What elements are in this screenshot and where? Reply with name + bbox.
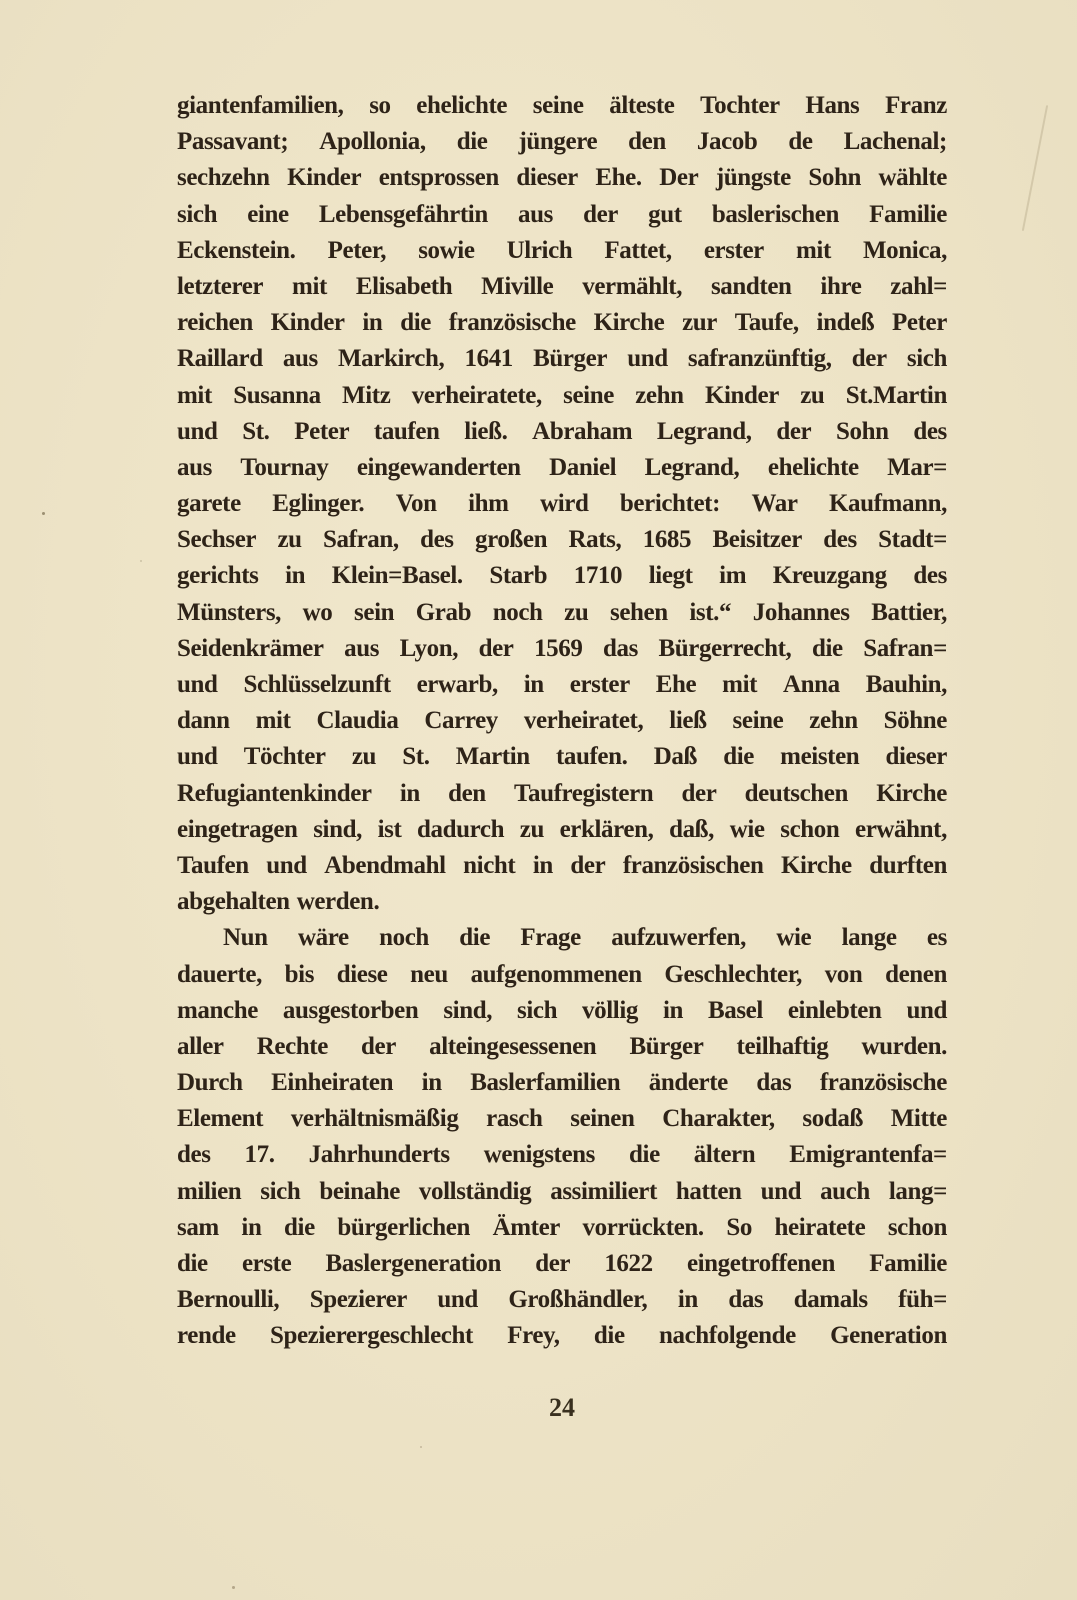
- word: safranzünftig,: [688, 341, 832, 377]
- word: durften: [869, 848, 947, 884]
- text-line: samindiebürgerlichenÄmtervorrückten.Sohe…: [177, 1210, 947, 1246]
- word: Starb: [489, 558, 547, 594]
- word: sodaß: [802, 1101, 863, 1137]
- word: und: [627, 341, 668, 377]
- page-number: 24: [177, 1388, 947, 1428]
- word: Großhändler,: [508, 1282, 647, 1318]
- word: dauerte,: [177, 957, 262, 993]
- word: Bürger: [629, 1029, 703, 1065]
- word: des: [177, 1137, 211, 1173]
- word: Ehe: [656, 667, 696, 703]
- text-line: des17.JahrhundertswenigstensdieälternEmi…: [177, 1137, 947, 1173]
- word: in: [524, 667, 544, 703]
- word: seine: [533, 88, 584, 124]
- word: zehn: [635, 378, 683, 414]
- text-block: giantenfamilien,soehelichteseineältesteT…: [177, 88, 947, 1355]
- word: vorrückten.: [583, 1210, 704, 1246]
- word: Kirche: [876, 776, 947, 812]
- word: erster: [704, 233, 764, 269]
- word: lange: [842, 920, 897, 956]
- word: Baslergeneration: [326, 1246, 502, 1282]
- word: wurden.: [862, 1029, 947, 1065]
- word: meisten: [780, 739, 859, 775]
- word: so: [369, 88, 390, 124]
- word: neu: [410, 957, 448, 993]
- word: Lachenal;: [844, 124, 947, 160]
- word: Anna: [783, 667, 840, 703]
- word: seine: [733, 703, 784, 739]
- word: die: [812, 631, 843, 667]
- word: St.Martin: [846, 378, 947, 414]
- text-line: TaufenundAbendmahlnichtinderfranzösische…: [177, 848, 947, 884]
- text-line: letzterermitElisabethMivillevermählt,san…: [177, 269, 947, 305]
- word: eine: [247, 197, 288, 233]
- text-line: ausTournayeingewandertenDanielLegrand,eh…: [177, 450, 947, 486]
- word: 1569: [534, 631, 582, 667]
- word: Bauhin,: [866, 667, 947, 703]
- word: Kirche: [594, 305, 665, 341]
- word: sandten: [711, 269, 792, 305]
- word: rasch: [486, 1101, 542, 1137]
- word: verheiratete,: [412, 378, 542, 414]
- word: sechzehn: [177, 160, 270, 196]
- word: Töchter: [244, 739, 326, 775]
- word: Raillard: [177, 341, 263, 377]
- word: 1685: [643, 522, 691, 558]
- word: der: [852, 341, 887, 377]
- word: Ulrich: [507, 233, 573, 269]
- word: Spezierergeschlecht: [270, 1318, 473, 1354]
- text-line: eingetragensind,istdadurchzuerklären,daß…: [177, 812, 947, 848]
- word: zu: [520, 812, 544, 848]
- word: Legrand,: [657, 414, 752, 450]
- word: in: [400, 776, 420, 812]
- text-line: abgehaltenwerden.: [177, 884, 947, 920]
- word: Bürgerrecht,: [659, 631, 792, 667]
- word: Kinder: [287, 160, 361, 196]
- word: sich: [907, 341, 947, 377]
- word: und: [266, 848, 307, 884]
- word: Jacob: [697, 124, 758, 160]
- word: mit: [177, 378, 212, 414]
- paper-crease: [1022, 105, 1048, 231]
- word: der: [570, 848, 605, 884]
- paper-speck: [420, 1446, 422, 1448]
- word: Sohn: [836, 414, 889, 450]
- word: sind,: [313, 812, 362, 848]
- word: Emigrantenfa=: [789, 1137, 947, 1173]
- word: schon: [780, 812, 839, 848]
- word: zu: [800, 378, 824, 414]
- word: noch: [493, 595, 543, 631]
- word: Lyon,: [400, 631, 458, 667]
- word: der: [535, 1246, 570, 1282]
- paper-speck: [140, 560, 142, 562]
- word: von: [825, 957, 863, 993]
- word: ehelichte: [416, 88, 507, 124]
- word: noch: [379, 920, 429, 956]
- word: rende: [177, 1318, 236, 1354]
- word: taufen.: [556, 739, 628, 775]
- word: Johannes: [753, 595, 850, 631]
- word: Der: [659, 160, 698, 196]
- word: gut: [648, 197, 682, 233]
- word: bürgerlichen: [337, 1210, 470, 1246]
- word: eingetragen: [177, 812, 298, 848]
- text-line: mitSusannaMitzverheiratete,seinezehnKind…: [177, 378, 947, 414]
- word: der: [479, 631, 514, 667]
- word: Markirch,: [338, 341, 444, 377]
- word: Klein=Basel.: [332, 558, 463, 594]
- word: dann: [177, 703, 230, 739]
- word: zu: [277, 522, 301, 558]
- word: Rechte: [257, 1029, 328, 1065]
- word: in: [362, 305, 382, 341]
- text-line: Passavant;Apollonia,diejüngeredenJacobde…: [177, 124, 947, 160]
- word: Kaufmann,: [829, 486, 947, 522]
- word: ließ.: [464, 414, 507, 450]
- word: zahl=: [890, 269, 947, 305]
- word: berichtet:: [620, 486, 720, 522]
- word: dieser: [516, 160, 577, 196]
- word: aus: [283, 341, 318, 377]
- word: Monica,: [863, 233, 947, 269]
- word: sam: [177, 1210, 219, 1246]
- word: letzterer: [177, 269, 263, 305]
- word: Bernoulli,: [177, 1282, 279, 1318]
- word: bis: [285, 957, 314, 993]
- word: des: [913, 414, 947, 450]
- word: vermählt,: [582, 269, 682, 305]
- word: hatten: [676, 1174, 742, 1210]
- word: mit: [722, 667, 757, 703]
- word: aller: [177, 1029, 224, 1065]
- word: Tournay: [240, 450, 328, 486]
- text-line: Münsters,woseinGrabnochzusehenist.“Johan…: [177, 595, 947, 631]
- word: ausgestorben: [283, 993, 418, 1029]
- word: und: [177, 667, 218, 703]
- word: Schlüsselzunft: [243, 667, 390, 703]
- paper-speck: [42, 512, 45, 515]
- word: des: [913, 558, 947, 594]
- word: die: [629, 1137, 660, 1173]
- word: ihre: [820, 269, 861, 305]
- word: Von: [396, 486, 437, 522]
- text-line: dieersteBaslergenerationder1622eingetrof…: [177, 1246, 947, 1282]
- word: wird: [540, 486, 588, 522]
- word: der: [776, 414, 811, 450]
- word: im: [719, 558, 746, 594]
- word: heiratete: [775, 1210, 866, 1246]
- word: die: [723, 739, 754, 775]
- word: Stadt=: [878, 522, 947, 558]
- word: völlig: [582, 993, 638, 1029]
- text-line: miliensichbeinahevollständigassimilierth…: [177, 1174, 947, 1210]
- word: abgehalten: [177, 884, 290, 920]
- word: Hans: [805, 88, 859, 124]
- word: 1622: [604, 1246, 652, 1282]
- word: Eckenstein.: [177, 233, 296, 269]
- word: Bürger: [533, 341, 607, 377]
- text-line: DurchEinheirateninBaslerfamilienänderted…: [177, 1065, 947, 1101]
- word: mit: [292, 269, 327, 305]
- word: St.: [402, 739, 429, 775]
- word: milien: [177, 1174, 241, 1210]
- word: ältern: [694, 1137, 755, 1173]
- word: Sohn: [808, 160, 861, 196]
- word: Element: [177, 1101, 263, 1137]
- text-line: gerichtsinKlein=Basel.Starb1710liegtimKr…: [177, 558, 947, 594]
- word: erwähnt,: [855, 812, 947, 848]
- word: zu: [564, 595, 588, 631]
- word: Seidenkrämer: [177, 631, 324, 667]
- word: wie: [776, 920, 811, 956]
- word: zu: [352, 739, 376, 775]
- word: in: [241, 1210, 261, 1246]
- text-line: sechzehnKinderentsprossendieserEhe.Derjü…: [177, 160, 947, 196]
- word: nicht: [463, 848, 515, 884]
- word: Refugiantenkinder: [177, 776, 372, 812]
- word: alteingesessenen: [429, 1029, 596, 1065]
- word: auch: [820, 1174, 870, 1210]
- word: der: [583, 197, 618, 233]
- word: zehn: [809, 703, 857, 739]
- text-line: undSt.Petertaufenließ.AbrahamLegrand,der…: [177, 414, 947, 450]
- word: Rats,: [569, 522, 622, 558]
- word: und: [177, 739, 218, 775]
- word: 1641: [465, 341, 513, 377]
- word: Beisitzer: [712, 522, 801, 558]
- word: taufen: [374, 414, 440, 450]
- word: in: [663, 993, 683, 1029]
- word: und: [906, 993, 947, 1029]
- word: ist.“: [689, 595, 731, 631]
- word: War: [752, 486, 798, 522]
- word: sind,: [443, 993, 492, 1029]
- word: wie: [730, 812, 765, 848]
- word: Münsters,: [177, 595, 281, 631]
- text-line: NunwärenochdieFrageaufzuwerfen,wielangee…: [177, 920, 947, 956]
- word: Familie: [869, 1246, 947, 1282]
- word: aufzuwerfen,: [611, 920, 746, 956]
- word: garete: [177, 486, 241, 522]
- word: liegt: [649, 558, 693, 594]
- text-line: sicheineLebensgefährtinausdergutbasleris…: [177, 197, 947, 233]
- word: entsprossen: [379, 160, 499, 196]
- word: aus: [344, 631, 379, 667]
- word: Abraham: [532, 414, 632, 450]
- word: Familie: [869, 197, 947, 233]
- word: Kirche: [781, 848, 852, 884]
- word: Geschlechter,: [664, 957, 802, 993]
- word: Mitz: [342, 378, 390, 414]
- word: eingewanderten: [357, 450, 521, 486]
- word: Söhne: [884, 703, 947, 739]
- text-line: allerRechtederalteingesessenenBürgerteil…: [177, 1029, 947, 1065]
- word: lang=: [889, 1174, 947, 1210]
- word: deutschen: [745, 776, 848, 812]
- word: Einheiraten: [271, 1065, 393, 1101]
- word: aus: [518, 197, 553, 233]
- text-line: ElementverhältnismäßigraschseinenCharakt…: [177, 1101, 947, 1137]
- word: sein: [354, 595, 394, 631]
- word: Martin: [456, 739, 530, 775]
- word: schon: [888, 1210, 947, 1246]
- word: Jahrhunderts: [309, 1137, 450, 1173]
- word: erklären,: [560, 812, 654, 848]
- word: in: [285, 558, 305, 594]
- word: vollständig: [419, 1174, 531, 1210]
- word: Peter,: [328, 233, 386, 269]
- word: die: [457, 124, 488, 160]
- word: So: [726, 1210, 752, 1246]
- word: der: [361, 1029, 396, 1065]
- word: es: [927, 920, 947, 956]
- word: de: [788, 124, 812, 160]
- word: Eglinger.: [272, 486, 364, 522]
- word: und: [177, 414, 218, 450]
- word: die: [400, 305, 431, 341]
- word: füh=: [898, 1282, 947, 1318]
- word: des: [823, 522, 857, 558]
- word: aus: [177, 450, 212, 486]
- word: die: [284, 1210, 315, 1246]
- word: in: [533, 848, 553, 884]
- word: baslerischen: [712, 197, 839, 233]
- word: Peter: [892, 305, 947, 341]
- word: den: [628, 124, 666, 160]
- word: ehelichte: [768, 450, 859, 486]
- word: wählte: [879, 160, 947, 196]
- word: erwarb,: [417, 667, 498, 703]
- word: den: [448, 776, 486, 812]
- word: Basel: [708, 993, 763, 1029]
- word: ließ: [669, 703, 706, 739]
- word: jüngste: [716, 160, 791, 196]
- word: seine: [563, 378, 614, 414]
- word: jüngere: [519, 124, 598, 160]
- word: Safran,: [323, 522, 399, 558]
- word: die: [594, 1318, 625, 1354]
- word: Durch: [177, 1065, 243, 1101]
- word: Taufe,: [735, 305, 799, 341]
- word: Claudia: [316, 703, 398, 739]
- text-line: reichenKinderindiefranzösischeKirchezurT…: [177, 305, 947, 341]
- word: Susanna: [233, 378, 321, 414]
- word: eingetroffenen: [687, 1246, 835, 1282]
- word: Daß: [654, 739, 697, 775]
- word: mit: [796, 233, 831, 269]
- word: reichen: [177, 305, 253, 341]
- word: Mitte: [891, 1101, 947, 1137]
- word: seinen: [570, 1101, 634, 1137]
- word: der: [682, 776, 717, 812]
- text-line: giantenfamilien,soehelichteseineältesteT…: [177, 88, 947, 124]
- word: teilhaftig: [737, 1029, 829, 1065]
- word: sich: [517, 993, 557, 1029]
- word: Baslerfamilien: [470, 1065, 620, 1101]
- word: in: [422, 1065, 442, 1101]
- word: Frey,: [507, 1318, 559, 1354]
- text-line: Bernoulli,SpeziererundGroßhändler,indasd…: [177, 1282, 947, 1318]
- paper-speck: [232, 1586, 235, 1589]
- word: Peter: [294, 414, 349, 450]
- word: Legrand,: [645, 450, 740, 486]
- word: beinahe: [319, 1174, 400, 1210]
- word: Generation: [830, 1318, 947, 1354]
- word: sich: [260, 1174, 300, 1210]
- word: Kinder: [271, 305, 345, 341]
- word: gerichts: [177, 558, 259, 594]
- word: giantenfamilien,: [177, 88, 344, 124]
- word: denen: [885, 957, 947, 993]
- word: Franz: [885, 88, 947, 124]
- word: 1710: [574, 558, 622, 594]
- word: zur: [682, 305, 717, 341]
- word: das: [603, 631, 638, 667]
- word: Ehe.: [595, 160, 641, 196]
- word: änderte: [649, 1065, 728, 1101]
- word: diese: [337, 957, 388, 993]
- word: das: [756, 1065, 791, 1101]
- word: verheiratet,: [524, 703, 643, 739]
- word: mit: [256, 703, 291, 739]
- word: Miville: [481, 269, 553, 305]
- word: die: [177, 1246, 208, 1282]
- word: dieser: [886, 739, 947, 775]
- word: Grab: [416, 595, 471, 631]
- word: das: [728, 1282, 763, 1318]
- word: französische: [449, 305, 576, 341]
- word: einlebten: [788, 993, 882, 1029]
- word: ihm: [468, 486, 508, 522]
- word: verhältnismäßig: [291, 1101, 459, 1137]
- text-line: RaillardausMarkirch,1641Bürgerundsafranz…: [177, 341, 947, 377]
- text-line: gareteEglinger.Vonihmwirdberichtet:WarKa…: [177, 486, 947, 522]
- word: wo: [303, 595, 333, 631]
- word: älteste: [609, 88, 674, 124]
- text-line: SechserzuSafran,desgroßenRats,1685Beisit…: [177, 522, 947, 558]
- word: Taufregistern: [514, 776, 653, 812]
- word: dadurch: [417, 812, 504, 848]
- text-line: dauerte,bisdieseneuaufgenommenenGeschlec…: [177, 957, 947, 993]
- word: Daniel: [549, 450, 616, 486]
- word: assimiliert: [550, 1174, 657, 1210]
- word: Tochter: [700, 88, 780, 124]
- text-line: undTöchterzuSt.Martintaufen.Daßdiemeiste…: [177, 739, 947, 775]
- word: Nun: [223, 920, 268, 956]
- word: Mar=: [887, 450, 947, 486]
- word: Battier,: [871, 595, 947, 631]
- text-line: Eckenstein.Peter,sowieUlrichFattet,erste…: [177, 233, 947, 269]
- word: St.: [242, 414, 269, 450]
- word: Frage: [520, 920, 580, 956]
- word: Lebensgefährtin: [319, 197, 488, 233]
- word: aufgenommenen: [471, 957, 642, 993]
- word: werden.: [297, 884, 380, 920]
- text-line: SeidenkrämerausLyon,der1569dasBürgerrech…: [177, 631, 947, 667]
- word: damals: [794, 1282, 868, 1318]
- word: erster: [570, 667, 630, 703]
- word: französischen: [623, 848, 764, 884]
- word: Kinder: [705, 378, 779, 414]
- word: sehen: [610, 595, 668, 631]
- word: Sechser: [177, 522, 256, 558]
- word: und: [437, 1282, 478, 1318]
- word: Apollonia,: [319, 124, 425, 160]
- word: Safran=: [863, 631, 947, 667]
- word: 17.: [245, 1137, 275, 1173]
